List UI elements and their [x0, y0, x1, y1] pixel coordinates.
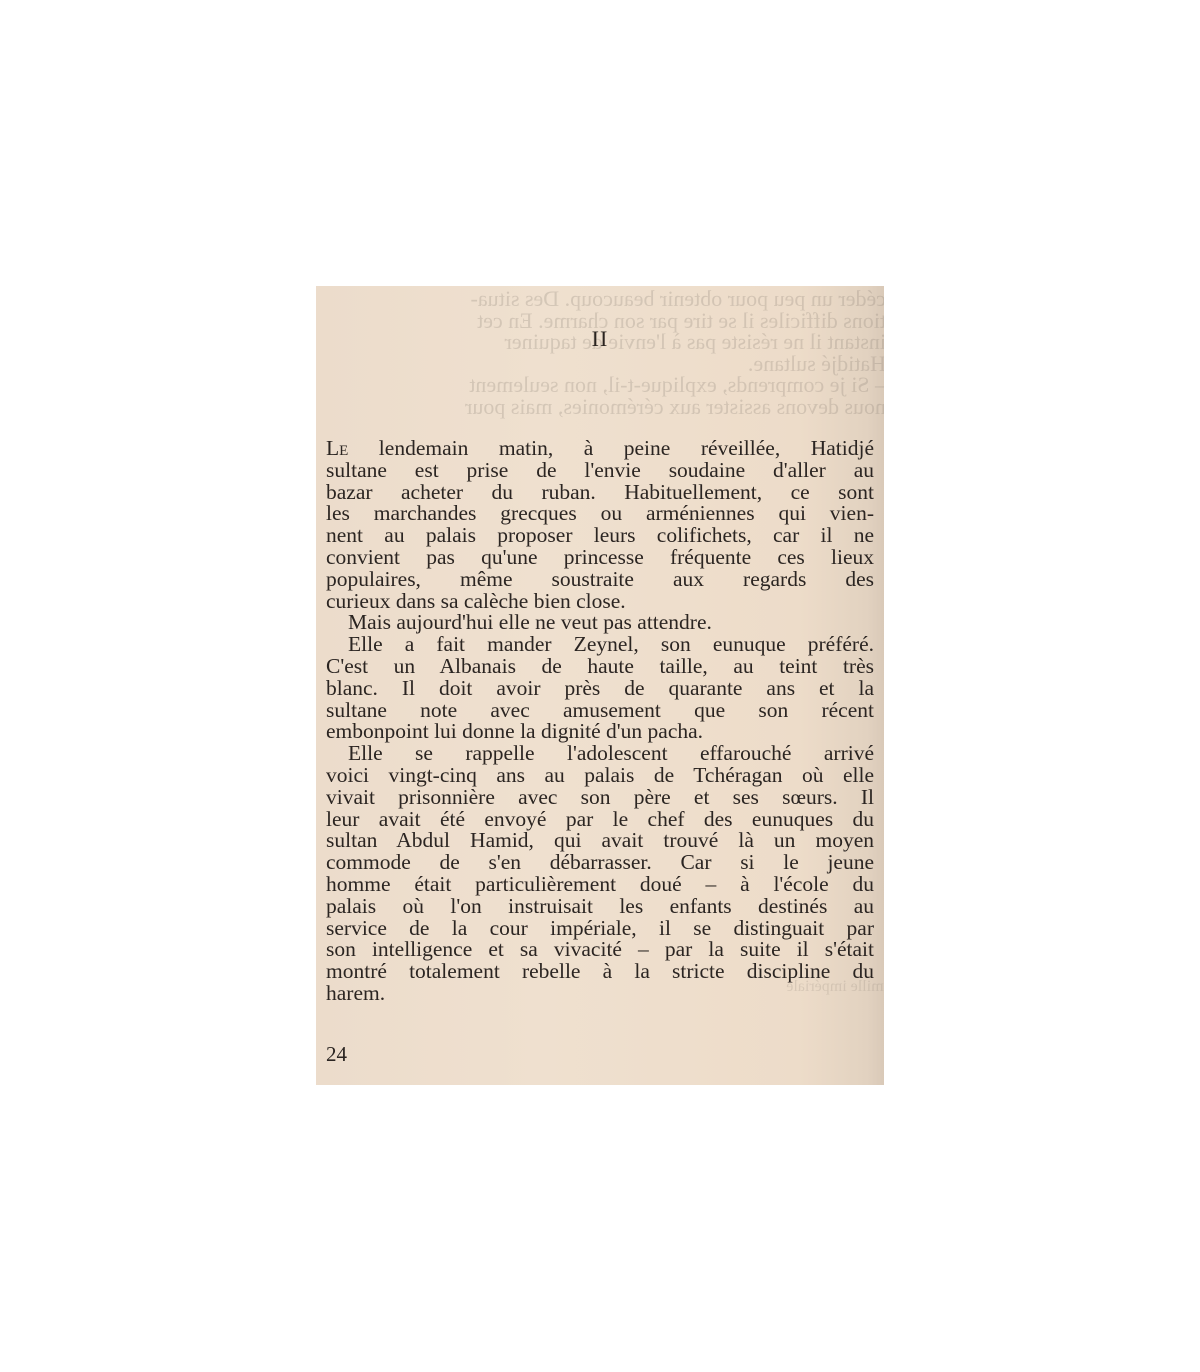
text-line: embonpoint lui donne la dignité d'un pac…: [326, 721, 874, 743]
text-line: nent au palais proposer leurs colifichet…: [326, 525, 874, 547]
text-line: les marchandes grecques ou arméniennes q…: [326, 503, 874, 525]
paragraph: Mais aujourd'hui elle ne veut pas attend…: [326, 612, 874, 634]
drop-word: Le: [326, 436, 348, 460]
text-line: montré totalement rebelle à la stricte d…: [326, 961, 874, 983]
text-line: C'est un Albanais de haute taille, au te…: [326, 656, 874, 678]
text-line: sultane est prise de l'envie soudaine d'…: [326, 460, 874, 482]
text-line: Elle a fait mander Zeynel, son eunuque p…: [326, 634, 874, 656]
text-line: curieux dans sa calèche bien close.: [326, 591, 874, 613]
text-line: commode de s'en débarrasser. Car si le j…: [326, 852, 874, 874]
text-line: blanc. Il doit avoir près de quarante an…: [326, 678, 874, 700]
text-line: voici vingt-cinq ans au palais de Tchéra…: [326, 765, 874, 787]
text-line: convient pas qu'une princesse fréquente …: [326, 547, 874, 569]
text-line: palais où l'on instruisait les enfants d…: [326, 896, 874, 918]
text-line: Mais aujourd'hui elle ne veut pas attend…: [326, 612, 874, 634]
text-line: sultane note avec amusement que son réce…: [326, 700, 874, 722]
text-line: Elle se rappelle l'adolescent effarouché…: [326, 743, 874, 765]
ghost-line: Hatidjé sultane.: [346, 353, 884, 375]
page-number: 24: [326, 1042, 347, 1067]
paragraph: Le lendemain matin, à peine réveillée, H…: [326, 438, 874, 612]
text-line: bazar acheter du ruban. Habituellement, …: [326, 482, 874, 504]
text-line: Le lendemain matin, à peine réveillée, H…: [326, 438, 874, 460]
chapter-heading: II: [316, 326, 884, 352]
text-line: homme était particulièrement doué – à l'…: [326, 874, 874, 896]
paragraph: Elle a fait mander Zeynel, son eunuque p…: [326, 634, 874, 743]
text-line: harem.: [326, 983, 874, 1005]
paragraph: Elle se rappelle l'adolescent effarouché…: [326, 743, 874, 1005]
ghost-line: – Si je comprends, explique-t-il, non se…: [346, 374, 884, 396]
text-line: sultan Abdul Hamid, qui avait trouvé là …: [326, 830, 874, 852]
body-text: Le lendemain matin, à peine réveillée, H…: [326, 438, 874, 1005]
text-line: vivait prisonnière avec son père et ses …: [326, 787, 874, 809]
book-page: céder un peu pour obtenir beaucoup. Des …: [316, 286, 884, 1085]
line-rest: lendemain matin, à peine réveillée, Hati…: [348, 436, 874, 460]
text-line: son intelligence et sa vivacité – par la…: [326, 939, 874, 961]
ghost-line: céder un peu pour obtenir beaucoup. Des …: [346, 288, 884, 310]
text-line: leur avait été envoyé par le chef des eu…: [326, 809, 874, 831]
show-through-text: céder un peu pour obtenir beaucoup. Des …: [346, 288, 884, 417]
text-line: populaires, même soustraite aux regards …: [326, 569, 874, 591]
text-line: service de la cour impériale, il se dist…: [326, 918, 874, 940]
ghost-line: nous devons assister aux cérémonies, mai…: [346, 396, 884, 418]
